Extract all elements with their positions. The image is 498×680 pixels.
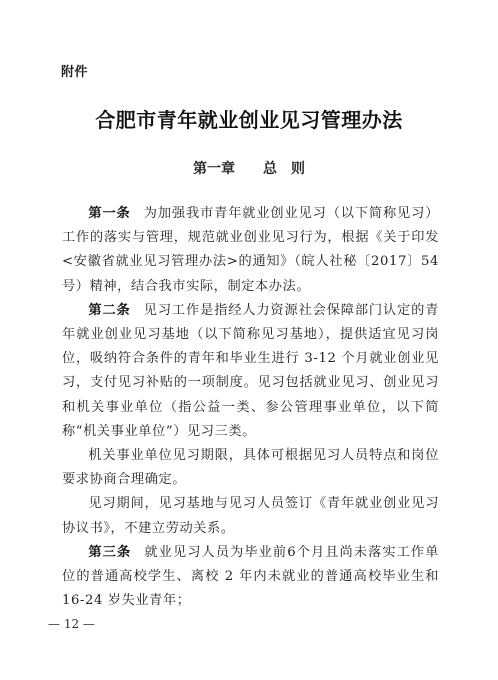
chapter-heading: 第一章 总 则 — [0, 158, 498, 178]
article-3-paragraph: 第三条就业见习人员为毕业前6个月且尚未落实工作单位的普通高校学生、离校 2 年内… — [62, 541, 439, 614]
chapter-gap — [235, 161, 263, 177]
article-2-agreement-paragraph: 见习期间，见习基地与见习人员签订《青年就业创业见习协议书》，不建立劳动关系。 — [62, 492, 439, 540]
document-page: 附件 合肥市青年就业创业见习管理办法 第一章 总 则 第一条为加强我市青年就业创… — [0, 0, 498, 680]
paragraph-text: 机关事业单位见习期限，具体可根据见习人员特点和岗位要求协商合理确定。 — [62, 448, 439, 487]
article-label: 第三条 — [88, 545, 131, 560]
page-number: — 12 — — [48, 617, 95, 631]
paragraph-text: 见习期间，见习基地与见习人员签订《青年就业创业见习协议书》，不建立劳动关系。 — [62, 496, 439, 535]
chapter-name: 总 则 — [263, 161, 305, 177]
attachment-label: 附件 — [61, 61, 88, 80]
article-2-paragraph: 第二条见习工作是指经人力资源社会保障部门认定的青年就业创业见习基地（以下简称见习… — [62, 299, 439, 444]
paragraph-text: 见习工作是指经人力资源社会保障部门认定的青年就业创业见习基地（以下简称见习基地）… — [62, 303, 439, 439]
document-title: 合肥市青年就业创业见习管理办法 — [0, 104, 498, 133]
article-1-paragraph: 第一条为加强我市青年就业创业见习（以下简称见习）工作的落实与管理，规范就业创业见… — [62, 202, 439, 299]
article-2-supplement-paragraph: 机关事业单位见习期限，具体可根据见习人员特点和岗位要求协商合理确定。 — [62, 444, 439, 492]
document-body: 第一条为加强我市青年就业创业见习（以下简称见习）工作的落实与管理，规范就业创业见… — [62, 202, 439, 613]
article-label: 第二条 — [88, 303, 130, 318]
article-label: 第一条 — [88, 206, 130, 221]
chapter-number: 第一章 — [193, 161, 235, 177]
